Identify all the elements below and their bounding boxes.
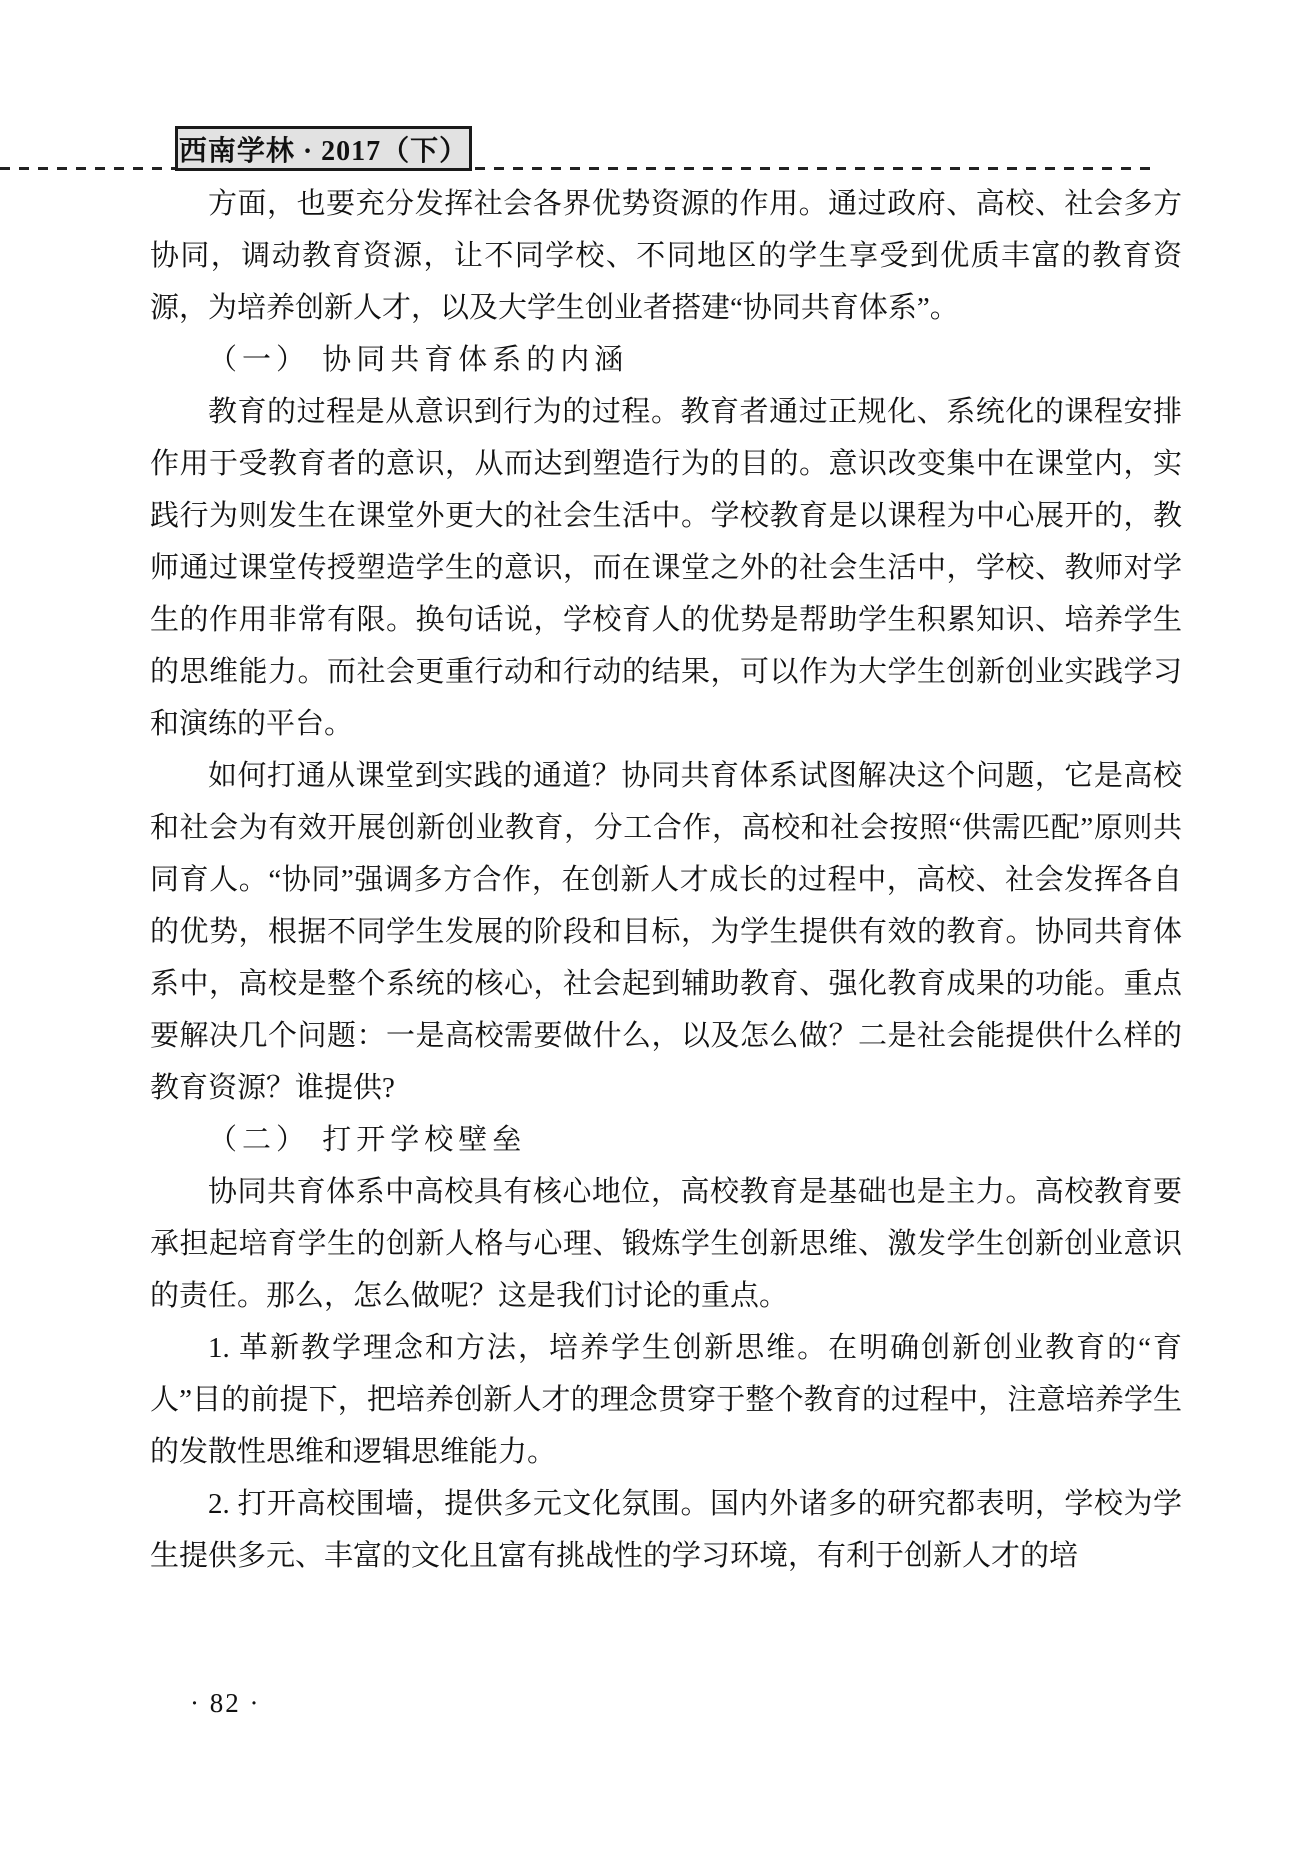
header-dashed-divider <box>0 167 1153 170</box>
page-number: · 82 · <box>190 1688 260 1719</box>
paragraph-numbered-1: 1. 革新教学理念和方法，培养学生创新思维。在明确创新创业教育的“育人”目的前提… <box>150 1322 1182 1478</box>
paragraph: 协同共育体系中高校具有核心地位，高校教育是基础也是主力。高校教育要承担起培育学生… <box>150 1166 1182 1322</box>
document-page: 西南学林 · 2017（下） 方面，也要充分发挥社会各界优势资源的作用。通过政府… <box>0 0 1307 1859</box>
section-heading-1: （一） 协同共育体系的内涵 <box>150 334 1182 386</box>
paragraph: 教育的过程是从意识到行为的过程。教育者通过正规化、系统化的课程安排作用于受教育者… <box>150 386 1182 750</box>
page-content: 方面，也要充分发挥社会各界优势资源的作用。通过政府、高校、社会多方协同，调动教育… <box>150 178 1182 1582</box>
paragraph: 如何打通从课堂到实践的通道？协同共育体系试图解决这个问题，它是高校和社会为有效开… <box>150 750 1182 1114</box>
paragraph-numbered-2: 2. 打开高校围墙，提供多元文化氛围。国内外诸多的研究都表明，学校为学生提供多元… <box>150 1478 1182 1582</box>
journal-title: 西南学林 · 2017（下） <box>179 129 468 169</box>
journal-header-box: 西南学林 · 2017（下） <box>175 126 472 171</box>
section-heading-2: （二） 打开学校壁垒 <box>150 1114 1182 1166</box>
paragraph-continuation: 方面，也要充分发挥社会各界优势资源的作用。通过政府、高校、社会多方协同，调动教育… <box>150 178 1182 334</box>
